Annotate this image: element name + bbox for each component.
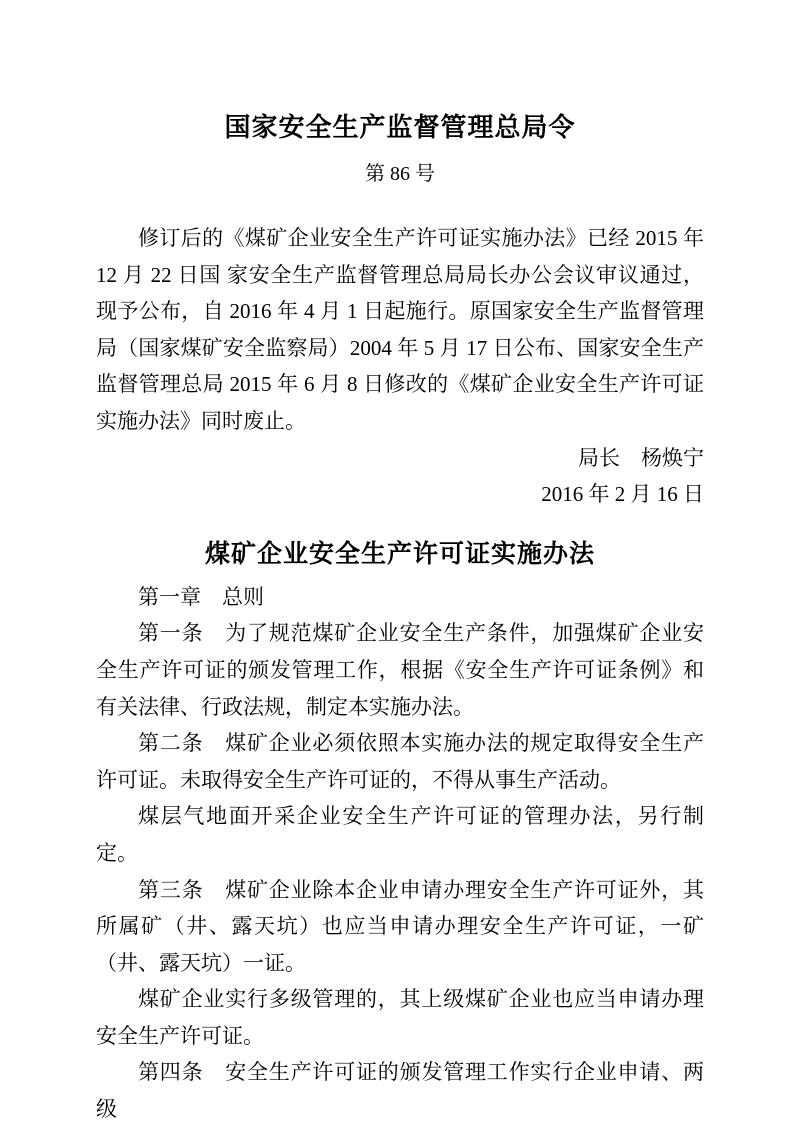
article-paragraph: 第一条 为了规范煤矿企业安全生产条件，加强煤矿企业安全生产许可证的颁发管理工作，… bbox=[96, 615, 704, 725]
signature-name: 局长 杨焕宁 bbox=[96, 440, 704, 477]
article-paragraph: 第四条 安全生产许可证的颁发管理工作实行企业申请、两级 bbox=[96, 1054, 704, 1122]
order-header-title: 国家安全生产监督管理总局令 bbox=[96, 0, 704, 144]
regulation-title: 煤矿企业安全生产许可证实施办法 bbox=[96, 539, 704, 571]
article-paragraph: 煤层气地面开采企业安全生产许可证的管理办法，另行制定。 bbox=[96, 798, 704, 871]
document-page: 国家安全生产监督管理总局令 第 86 号 修订后的《煤矿企业安全生产许可证实施办… bbox=[0, 0, 793, 1122]
article-paragraph: 第二条 煤矿企业必须依照本实施办法的规定取得安全生产许可证。未取得安全生产许可证… bbox=[96, 725, 704, 798]
preamble-paragraph: 修订后的《煤矿企业安全生产许可证实施办法》已经 2015 年 12 月 22 日… bbox=[96, 220, 704, 440]
order-number: 第 86 号 bbox=[96, 162, 704, 186]
document-content: 国家安全生产监督管理总局令 第 86 号 修订后的《煤矿企业安全生产许可证实施办… bbox=[96, 0, 704, 1122]
article-paragraph: 第三条 煤矿企业除本企业申请办理安全生产许可证外，其所属矿（井、露天坑）也应当申… bbox=[96, 872, 704, 982]
article-paragraph: 煤矿企业实行多级管理的，其上级煤矿企业也应当申请办理安全生产许可证。 bbox=[96, 981, 704, 1054]
chapter-heading: 第一章 总则 bbox=[96, 579, 704, 616]
signature-date: 2016 年 2 月 16 日 bbox=[96, 476, 704, 513]
